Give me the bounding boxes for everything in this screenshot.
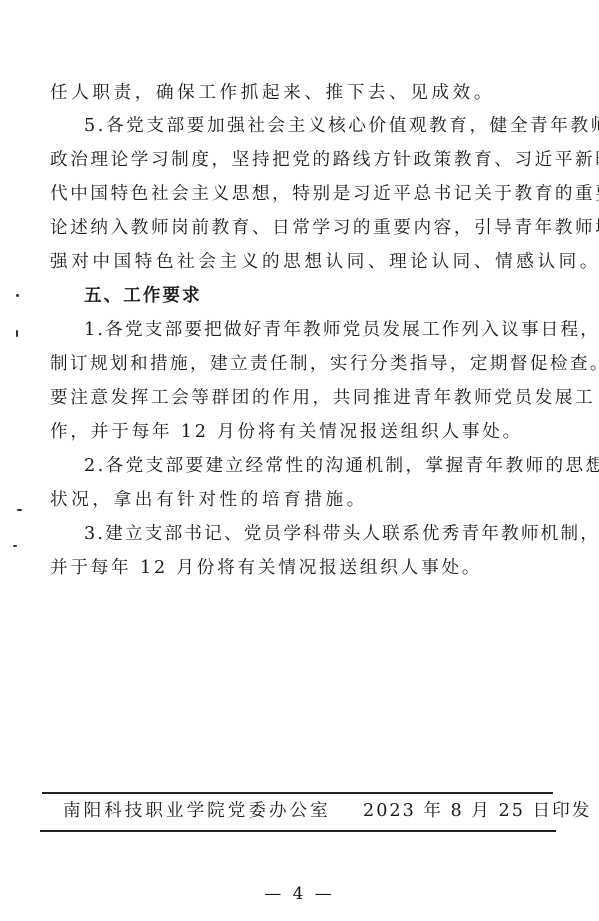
page-number: — 4 —: [0, 884, 599, 904]
footer-top-rule: [42, 792, 553, 794]
paragraph-line: 代中国特色社会主义思想，特别是习近平总书记关于教育的重要: [50, 183, 550, 205]
paragraph-line: 3.建立支部书记、党员学科带头人联系优秀青年教师机制，: [84, 523, 584, 545]
issuer-name: 南阳科技职业学院党委办公室: [63, 800, 331, 822]
paragraph-line: 5.各党支部要加强社会主义核心价值观教育，健全青年教师: [84, 115, 584, 137]
footer-bottom-rule: [40, 830, 556, 832]
paragraph-line: 作，并于每年 12 月份将有关情况报送组织人事处。: [50, 421, 550, 443]
paragraph-line: 论述纳入教师岗前教育、日常学习的重要内容，引导青年教师增: [50, 217, 550, 239]
document-page: 任人职责，确保工作抓起来、推下去、见成效。 5.各党支部要加强社会主义核心价值观…: [0, 0, 599, 921]
paragraph-line: 1.各党支部要把做好青年教师党员发展工作列入议事日程，: [84, 319, 584, 341]
scan-mark: [16, 330, 18, 337]
scan-mark: [17, 509, 22, 511]
section-heading: 五、工作要求: [84, 285, 584, 307]
paragraph-line: 并于每年 12 月份将有关情况报送组织人事处。: [50, 557, 550, 579]
paragraph-line: 制订规划和措施，建立责任制，实行分类指导，定期督促检查。: [50, 353, 550, 375]
paragraph-line: 任人职责，确保工作抓起来、推下去、见成效。: [50, 82, 550, 104]
paragraph-line: 政治理论学习制度，坚持把党的路线方针政策教育、习近平新时: [50, 149, 550, 171]
scan-mark: [16, 294, 19, 297]
paragraph-line: 强对中国特色社会主义的思想认同、理论认同、情感认同。: [50, 251, 550, 273]
paragraph-line: 要注意发挥工会等群团的作用，共同推进青年教师党员发展工: [50, 387, 550, 409]
issue-date: 2023 年 8 月 25 日印发: [363, 800, 591, 822]
scan-mark: [13, 545, 17, 547]
paragraph-line: 2.各党支部要建立经常性的沟通机制，掌握青年教师的思想: [84, 455, 584, 477]
paragraph-line: 状况，拿出有针对性的培育措施。: [50, 489, 550, 511]
